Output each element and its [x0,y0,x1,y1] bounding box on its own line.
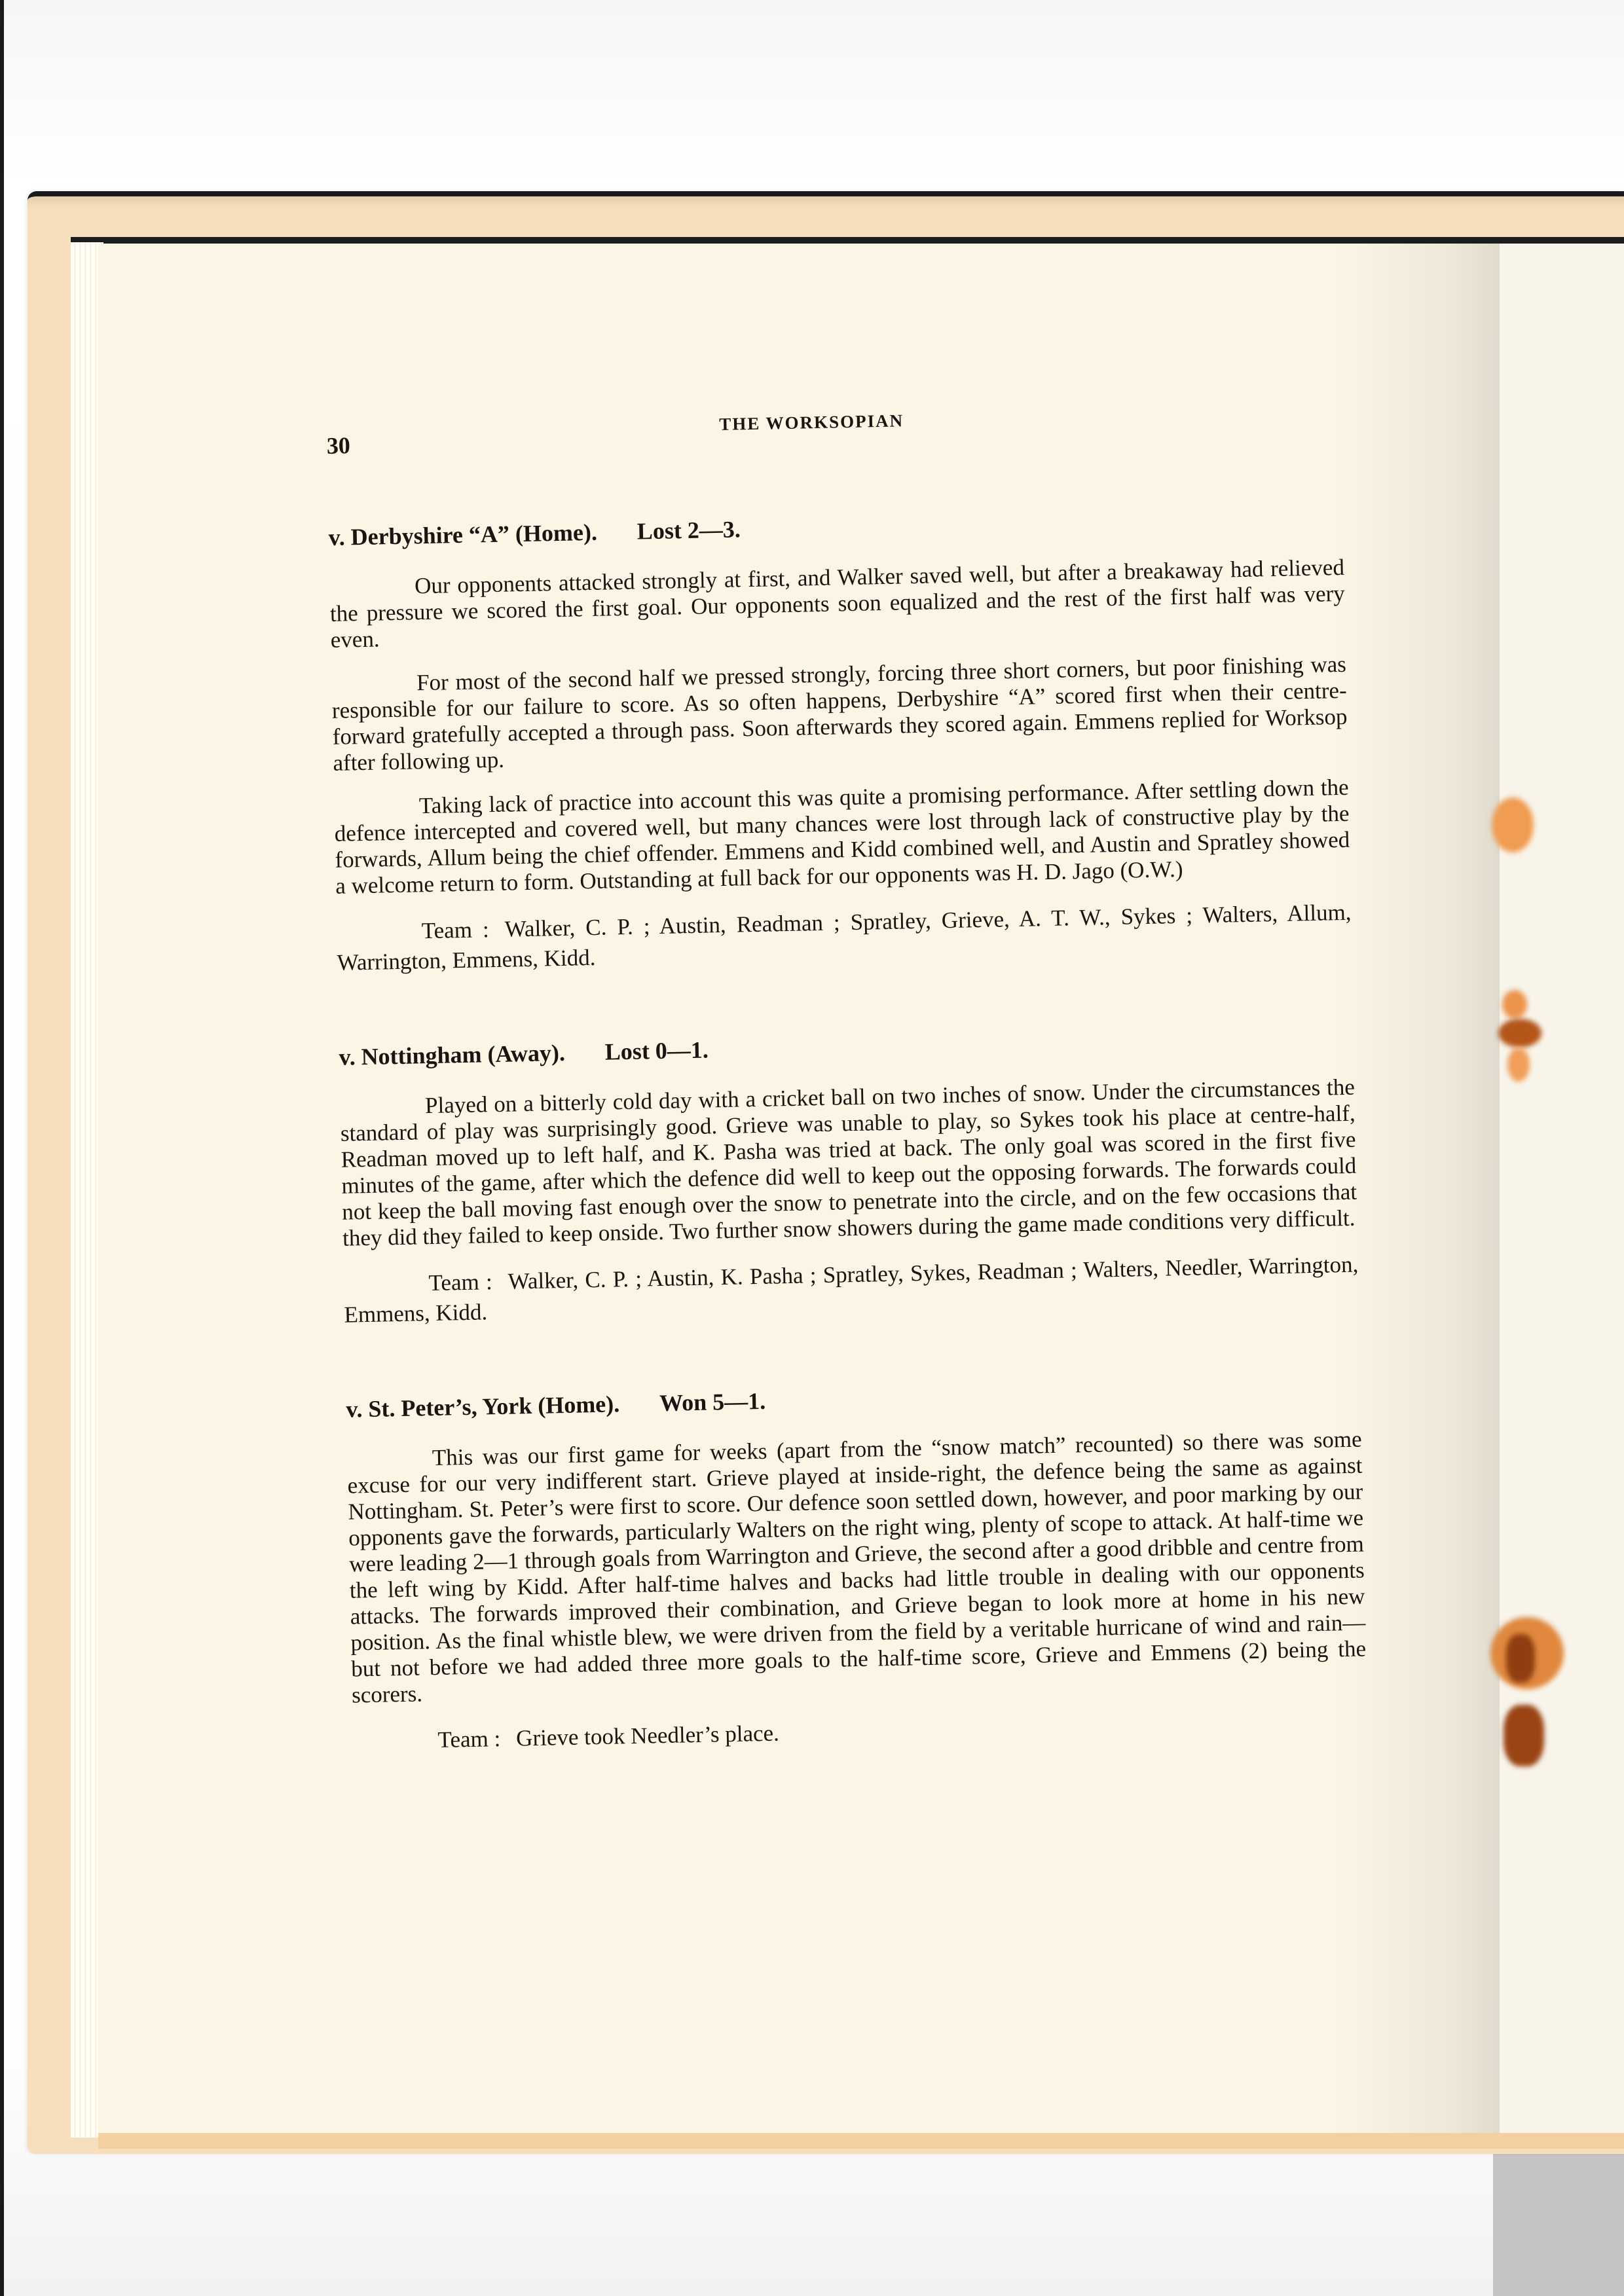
rust-stain [1498,1019,1541,1048]
report-paragraph: Our opponents attacked strongly at first… [329,555,1346,653]
match-opponent: v. St. Peter’s, York (Home). [346,1391,620,1422]
match-report-st-peters: v. St. Peter’s, York (Home). Won 5—1. Th… [346,1376,1368,1757]
rust-stain [1507,1048,1530,1082]
rust-stain [1506,1634,1535,1683]
match-result: Lost 0—1. [604,1036,709,1065]
rust-stain [1502,990,1527,1019]
team-players: Walker, C. P. ; Austin, K. Pasha ; Sprat… [344,1252,1359,1328]
team-players: Grieve took Needler’s place. [516,1721,779,1751]
match-heading: v. St. Peter’s, York (Home). Won 5—1. [346,1376,1361,1423]
page-number: 30 [326,431,350,460]
match-heading: v. Derbyshire “A” (Home). Lost 2—3. [328,503,1344,551]
match-report-derbyshire: v. Derbyshire “A” (Home). Lost 2—3. Our … [328,503,1352,978]
team-label: Team : [428,1269,492,1296]
team-lineup: Team :Walker, C. P. ; Austin, K. Pasha ;… [343,1250,1359,1330]
cover-bottom-edge [98,2133,1624,2149]
journal-title: THE WORKSOPIAN [719,410,904,435]
report-paragraph: Played on a bitterly cold day with a cri… [340,1074,1358,1252]
match-report-nottingham: v. Nottingham (Away). Lost 0—1. Played o… [339,1023,1359,1330]
cover-shadow [28,196,1624,208]
team-label: Team : [421,917,489,943]
rust-stain [1492,797,1534,852]
match-heading: v. Nottingham (Away). Lost 0—1. [339,1023,1354,1071]
match-opponent: v. Nottingham (Away). [339,1040,565,1070]
team-label: Team : [437,1726,500,1753]
team-lineup: Team :Walker, C. P. ; Austin, Readman ; … [336,898,1352,978]
page-top-edge [71,237,1624,244]
report-paragraph: This was our first game for weeks (apart… [347,1427,1367,1709]
report-paragraph: For most of the second half we pressed s… [331,651,1348,776]
match-result: Won 5—1. [659,1388,766,1416]
match-result: Lost 2—3. [637,516,741,544]
scanner-edge [0,0,4,2296]
facing-page [1500,244,1624,2134]
scanner-bed [1493,2141,1624,2296]
report-paragraph: Taking lack of practice into account thi… [334,774,1351,900]
page-text: 30 THE WORKSOPIAN v. Derbyshire “A” (Hom… [326,399,1368,1757]
gutter-shadow [1336,244,1500,2134]
match-opponent: v. Derbyshire “A” (Home). [328,519,597,551]
rust-stain [1504,1705,1544,1766]
